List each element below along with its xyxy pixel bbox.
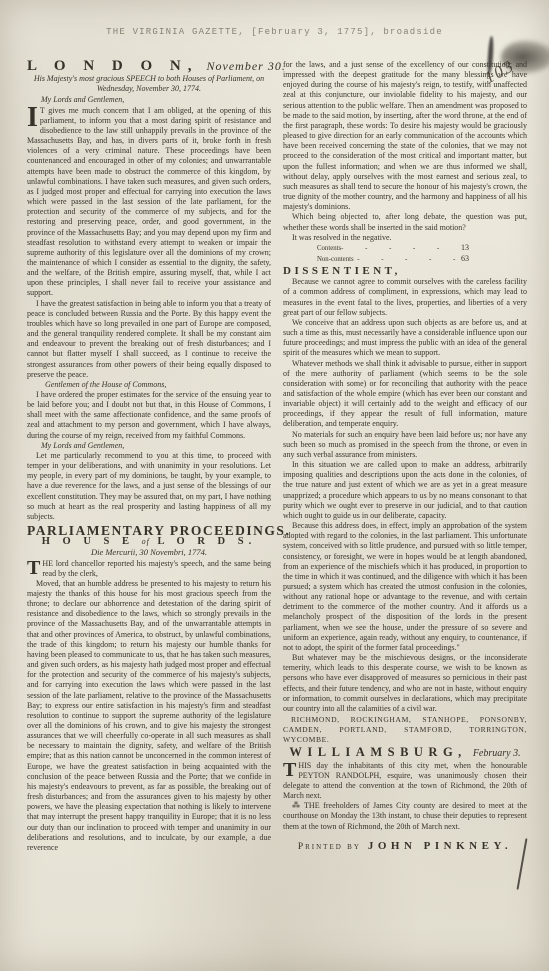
freeholders-notice-paragraph: ⁂ THE freeholders of James City county a…	[283, 801, 527, 831]
lords-word: L O R D S.	[158, 536, 257, 547]
newspaper-page: THE VIRGINIA GAZETTE, [February 3, 1775]…	[0, 0, 549, 971]
objection-paragraph: Which being objected to, after long deba…	[283, 212, 527, 232]
division-row-non-contents: Non-contents - - - - - 63	[283, 254, 527, 265]
latin-dateline: Die Mercurii, 30 Novembri, 1774.	[27, 547, 271, 557]
dissent-paragraph-1: Because we cannot agree to commit oursel…	[283, 277, 527, 318]
division-value: 63	[461, 254, 469, 264]
dissent-paragraph-7: But whatever may be the mischievous desi…	[283, 653, 527, 714]
asterism-mark: ⁂	[292, 801, 301, 810]
dissentient-title: DISSENTIENT,	[283, 266, 527, 276]
article-columns: L O N D O N, November 30. His Majesty's …	[27, 60, 527, 967]
printer-name: JOHN PINKNEY.	[368, 840, 512, 852]
division-label: Contents	[317, 244, 341, 254]
drop-cap-t2: T	[283, 762, 296, 778]
dateline-city: L O N D O N,	[27, 58, 199, 74]
dissent-paragraph-5: In this situation we are called upon to …	[283, 460, 527, 521]
motion-continuation-paragraph: for the laws, and a just sense of the ex…	[283, 60, 527, 212]
left-column: L O N D O N, November 30. His Majesty's …	[27, 60, 271, 967]
dissent-paragraph-6: Because this address does, in effect, im…	[283, 521, 527, 653]
dissent-paragraph-3: Whatever methods we shall think it advis…	[283, 359, 527, 430]
paragraph-text: HIS day the inhabitants of this city met…	[283, 761, 527, 800]
speech-subtitle: His Majesty's most gracious SPEECH to bo…	[27, 74, 271, 94]
lords-paragraph-1: THE lord chancellor reported his majesty…	[27, 559, 271, 579]
house-word: H O U S E	[42, 536, 134, 547]
drop-cap-i: I	[27, 107, 38, 130]
house-of-word: of	[142, 537, 150, 546]
division-row-contents: Contents - - - - - - 13	[283, 243, 527, 254]
dissent-signatures: RICHMOND, ROCKINGHAM, STANHOPE, PONSONBY…	[283, 715, 527, 745]
salutation-lords-gentlemen-2: My Lords and Gentlemen,	[27, 441, 271, 451]
williamsburg-dateline: WILLIAMSBURG, February 3.	[283, 747, 527, 759]
salutation-lords-gentlemen: My Lords and Gentlemen,	[27, 95, 271, 105]
speech-paragraph-1: IT gives me much concern that I am oblig…	[27, 106, 271, 299]
house-of-lords-title: H O U S E of L O R D S.	[27, 537, 271, 547]
paragraph-text: HE lord chancellor reported his majesty'…	[42, 559, 271, 578]
crosshead-house-of-commons: Gentlemen of the House of Commons,	[27, 380, 271, 390]
speech-paragraph-2: I have the greatest satisfaction in bein…	[27, 299, 271, 380]
williamsburg-paragraph: THIS day the inhabitants of this city me…	[283, 761, 527, 802]
division-dashes: - - - - -	[354, 255, 461, 265]
williamsburg-city: WILLIAMSBURG,	[289, 745, 466, 759]
printed-by-label: Printed by	[298, 842, 361, 852]
division-dashes: - - - - - -	[341, 244, 461, 254]
dissent-paragraph-4: No materials for such an enquiry have be…	[283, 430, 527, 460]
paragraph-text: T gives me much concern that I am oblige…	[27, 106, 271, 298]
speech-paragraph-4: Let me particularly recommend to you at …	[27, 451, 271, 522]
drop-cap-t: T	[27, 560, 40, 576]
division-value: 13	[461, 243, 469, 253]
resolved-negative-line: It was resolved in the negative.	[283, 233, 527, 243]
williamsburg-date: February 3.	[473, 748, 521, 759]
speech-paragraph-3: I have ordered the proper estimates for …	[27, 390, 271, 441]
dissent-paragraph-2: We conceive that an address upon such ob…	[283, 318, 527, 359]
london-dateline: L O N D O N, November 30.	[27, 61, 271, 73]
printer-imprint: Printed by JOHN PINKNEY.	[283, 841, 527, 852]
parliamentary-proceedings-title: PARLIAMENTARY PROCEEDINGS.	[27, 526, 271, 536]
division-count: Contents - - - - - - 13 Non-contents - -…	[283, 243, 527, 265]
division-label: Non-contents	[317, 255, 354, 265]
dateline-date: November 30.	[207, 59, 286, 73]
lords-motion-paragraph: Moved, that an humble address be present…	[27, 579, 271, 853]
right-column: for the laws, and a just sense of the ex…	[283, 60, 527, 967]
archival-caption: THE VIRGINIA GAZETTE, [February 3, 1775]…	[0, 27, 549, 37]
paragraph-text: THE freeholders of James City county are…	[283, 801, 527, 830]
